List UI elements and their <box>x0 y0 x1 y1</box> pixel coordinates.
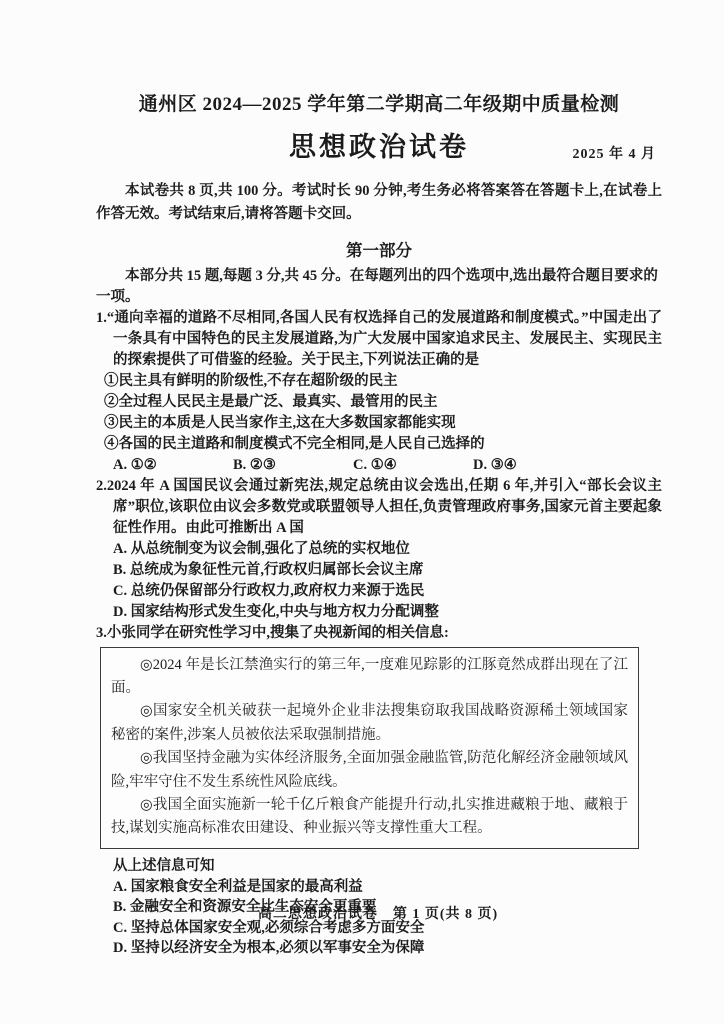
question-1-item-2: ②全过程人民民主是最广泛、最真实、最管用的民主 <box>104 392 662 413</box>
question-1-item-3: ③民主的本质是人民当家作主,这在大多数国家都能实现 <box>104 413 662 434</box>
question-3-stem: 3.小张同学在研究性学习中,搜集了央视新闻的相关信息: <box>96 623 662 644</box>
exam-notice: 本试卷共 8 页,共 100 分。考试时长 90 分钟,考生务必将答案答在答题卡… <box>96 180 662 225</box>
section-heading: 第一部分 <box>96 240 662 262</box>
question-3-option-a: A. 国家粮食安全利益是国家的最高利益 <box>113 877 662 897</box>
question-1-stem: 1.“通向幸福的道路不尽相同,各国人民有权选择自己的发展道路和制度模式。”中国走… <box>96 308 662 371</box>
question-1-subitems: ①民主具有鲜明的阶级性,不存在超阶级的民主 ②全过程人民民主是最广泛、最真实、最… <box>104 371 662 455</box>
question-1-option-c: C. ①④ <box>353 455 473 476</box>
page-footer: 高二思想政治试卷 第 1 页(共 8 页) <box>96 903 660 923</box>
exam-date: 2025 年 4 月 <box>573 143 657 163</box>
news-item-1: ◎2024 年是长江禁渔实行的第三年,一度难见踪影的江豚竟然成群出现在了江面。 <box>111 654 628 701</box>
page-content: 通州区 2024—2025 学年第二学期高二年级期中质量检测 思想政治试卷 20… <box>0 0 724 958</box>
question-1-options: A. ①② B. ②③ C. ①④ D. ③④ <box>113 455 662 476</box>
exam-page: 通州区 2024—2025 学年第二学期高二年级期中质量检测 思想政治试卷 20… <box>0 0 724 1024</box>
question-1-item-4: ④各国的民主道路和制度模式不完全相同,是人民自己选择的 <box>104 434 662 455</box>
question-2-option-b: B. 总统成为象征性元首,行政权归属部长会议主席 <box>113 560 662 581</box>
news-box: ◎2024 年是长江禁渔实行的第三年,一度难见踪影的江豚竟然成群出现在了江面。 … <box>100 647 639 849</box>
question-3-followup: 从上述信息可知 <box>113 856 662 877</box>
section-instruction: 本部分共 15 题,每题 3 分,共 45 分。在每题列出的四个选项中,选出最符… <box>96 266 662 308</box>
exam-header-line: 通州区 2024—2025 学年第二学期高二年级期中质量检测 <box>96 92 662 118</box>
news-item-3: ◎我国坚持金融为实体经济服务,全面加强金融监管,防范化解经济金融领域风险,牢牢守… <box>111 747 628 794</box>
question-2: 2.2024 年 A 国国民议会通过新宪法,规定总统由议会选出,任期 6 年,并… <box>96 476 662 623</box>
question-2-option-c: C. 总统仍保留部分行政权力,政府权力来源于选民 <box>113 581 662 602</box>
question-1-option-d: D. ③④ <box>473 455 517 476</box>
news-item-2: ◎国家安全机关破获一起境外企业非法搜集窃取我国战略资源稀土领域国家秘密的案件,涉… <box>111 700 628 747</box>
question-2-stem: 2.2024 年 A 国国民议会通过新宪法,规定总统由议会选出,任期 6 年,并… <box>96 476 662 539</box>
exam-title-row: 思想政治试卷 2025 年 4 月 <box>96 126 662 168</box>
question-1-option-b: B. ②③ <box>233 455 353 476</box>
question-1-option-a: A. ①② <box>113 455 233 476</box>
question-1-item-1: ①民主具有鲜明的阶级性,不存在超阶级的民主 <box>104 371 662 392</box>
question-2-option-d: D. 国家结构形式发生变化,中央与地方权力分配调整 <box>113 602 662 623</box>
news-item-4: ◎我国全面实施新一轮千亿斤粮食产能提升行动,扎实推进藏粮于地、藏粮于技,谋划实施… <box>111 794 628 841</box>
question-1: 1.“通向幸福的道路不尽相同,各国人民有权选择自己的发展道路和制度模式。”中国走… <box>96 308 662 476</box>
question-2-options: A. 从总统制变为议会制,强化了总统的实权地位 B. 总统成为象征性元首,行政权… <box>113 539 662 623</box>
question-3-option-d: D. 坚持以经济安全为根本,必须以军事安全为保障 <box>113 938 662 958</box>
question-2-option-a: A. 从总统制变为议会制,强化了总统的实权地位 <box>113 539 662 560</box>
